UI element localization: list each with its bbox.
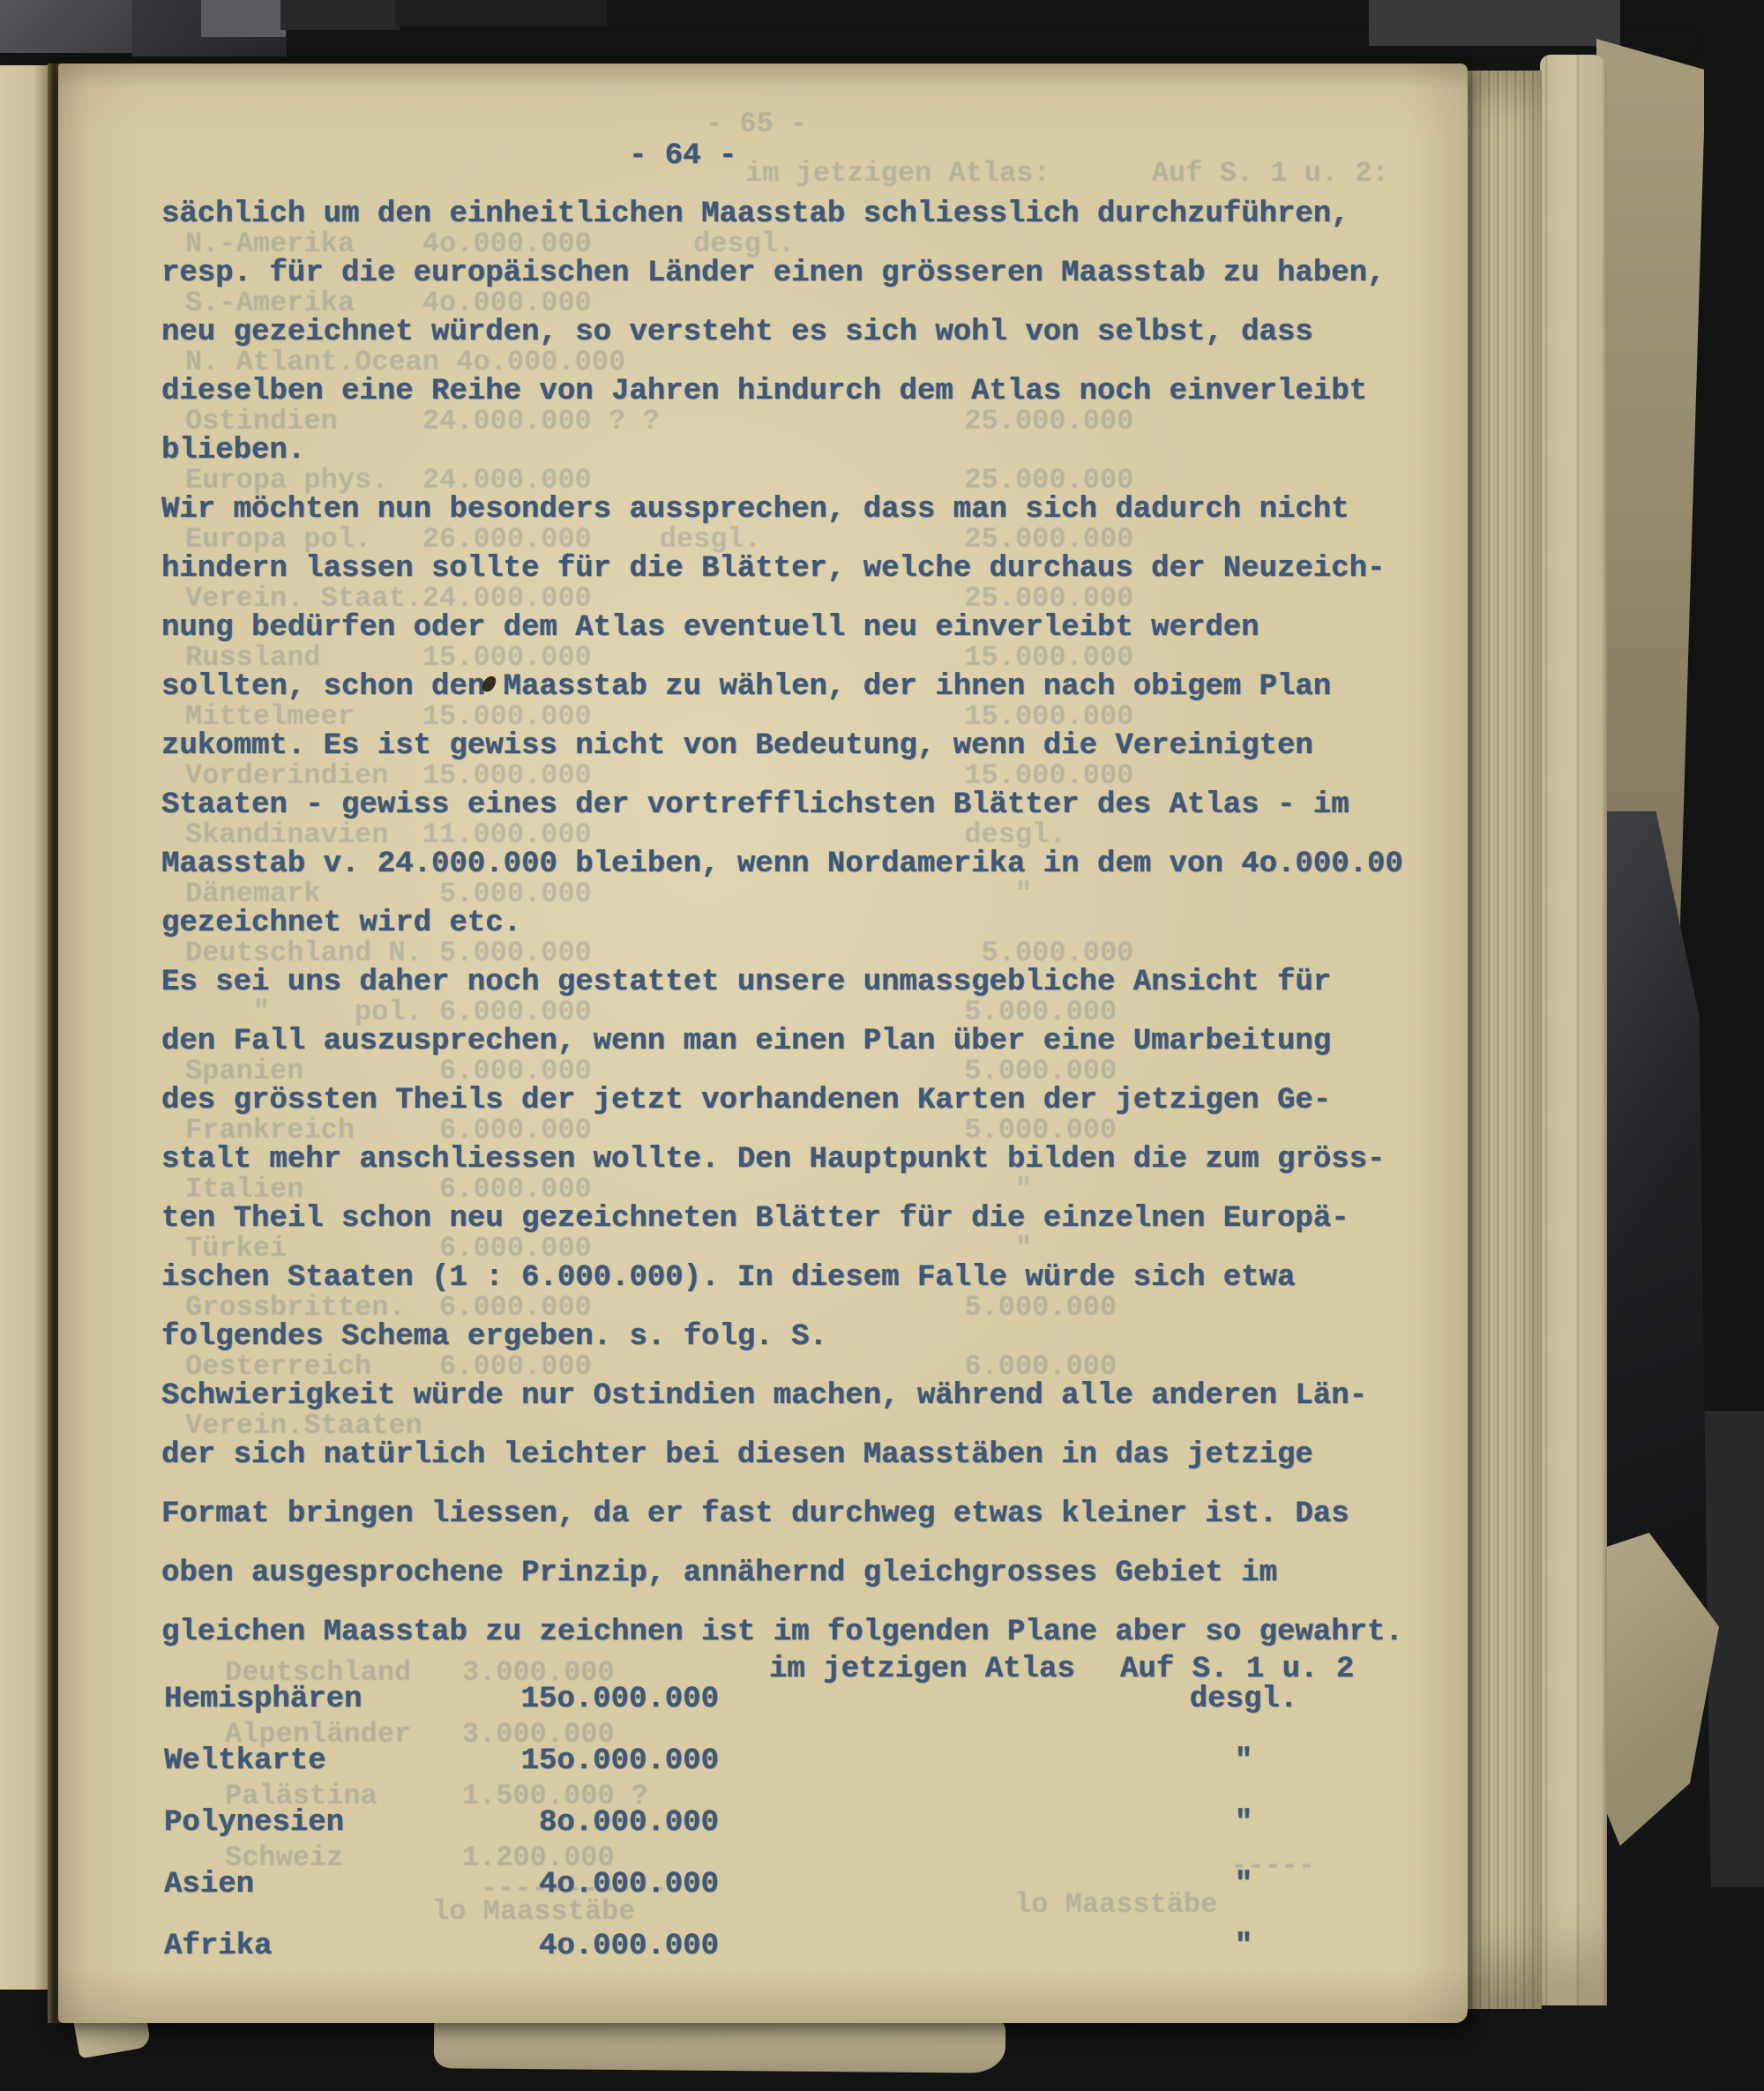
typewritten-line: Schwierigkeit würde nur Ostindien machen… (161, 1367, 1428, 1426)
clamp-block (201, 0, 286, 37)
row-ref: " (1164, 1806, 1323, 1840)
typewritten-line: sollten, schon den Maasstab zu wählen, d… (161, 658, 1428, 717)
row-scale: 4o.000.000 (318, 1868, 719, 1901)
document-page: - 65 - im jetzigen Atlas: Auf S. 1 u. 2:… (58, 63, 1468, 2023)
clamp-block (280, 0, 400, 30)
typewritten-line: zukommt. Es ist gewiss nicht von Bedeutu… (161, 717, 1428, 776)
typewritten-line: neu gezeichnet würden, so versteht es si… (161, 303, 1428, 362)
typewritten-line: ischen Staaten (1 : 6.000.000). In diese… (161, 1249, 1428, 1308)
clamp-block (0, 0, 139, 53)
typewritten-line: sächlich um den einheitlichen Maasstab s… (161, 185, 1428, 244)
typewritten-line: oben ausgesprochene Prinzip, annähernd g… (161, 1544, 1428, 1603)
table-header-atlas: im jetzigen Atlas (769, 1653, 1075, 1686)
typewritten-line: hindern lassen sollte für die Blätter, w… (161, 540, 1428, 599)
row-name: Afrika (164, 1930, 272, 1963)
typewritten-line: den Fall auszusprechen, wenn man einen P… (161, 1012, 1428, 1072)
ghost-text-line: - 65 - (706, 106, 807, 143)
typewritten-line: stalt mehr anschliessen wollte. Den Haup… (161, 1131, 1428, 1190)
page-number: - 64 - (629, 139, 736, 173)
typewritten-line: Es sei uns daher noch gestattet unsere u… (161, 953, 1428, 1012)
table-row: Weltkarte 15o.000.000 " (58, 1744, 1468, 1787)
table-header-ref: Auf S. 1 u. 2 (1120, 1653, 1354, 1686)
typewritten-line: dieselben eine Reihe von Jahren hindurch… (161, 362, 1428, 422)
row-name: Asien (164, 1868, 254, 1901)
typewritten-line: ten Theil schon neu gezeichneten Blätter… (161, 1190, 1428, 1249)
typewritten-line: blieben. (161, 422, 1428, 481)
row-scale: 4o.000.000 (318, 1930, 719, 1963)
typewritten-line: folgendes Schema ergeben. s. folg. S. (161, 1308, 1428, 1367)
table-row: Asien 4o.000.000 " (58, 1868, 1468, 1910)
row-name: Weltkarte (164, 1744, 326, 1778)
typewritten-line: des grössten Theils der jetzt vorhandene… (161, 1072, 1428, 1131)
previous-page-edge (0, 65, 51, 1990)
row-scale: 15o.000.000 (318, 1683, 719, 1716)
table-row: Afrika 4o.000.000 " (58, 1930, 1468, 1972)
clamp-block (1369, 0, 1620, 46)
typewritten-line: Wir möchten nun besonders aussprechen, d… (161, 481, 1428, 540)
archival-book-scan: - 65 - im jetzigen Atlas: Auf S. 1 u. 2:… (0, 0, 1764, 2091)
row-scale: 15o.000.000 (318, 1744, 719, 1778)
typewritten-text-block: sächlich um den einheitlichen Maasstab s… (161, 185, 1428, 1662)
typewritten-line: gezeichnet wird etc. (161, 894, 1428, 953)
typewritten-line: Format bringen liessen, da er fast durch… (161, 1485, 1428, 1544)
typewritten-line: Staaten - gewiss eines der vortrefflichs… (161, 776, 1428, 835)
page-stack-fore-edge (1468, 71, 1542, 2009)
typewritten-line: resp. für die europäischen Länder einen … (161, 244, 1428, 303)
clamp-block (395, 0, 607, 26)
row-ref: " (1164, 1930, 1323, 1963)
row-ref: " (1164, 1744, 1323, 1778)
typewritten-line: Maasstab v. 24.000.000 bleiben, wenn Nor… (161, 835, 1428, 894)
row-ref: " (1164, 1868, 1323, 1901)
row-ref: desgl. (1164, 1683, 1323, 1716)
row-scale: 8o.000.000 (318, 1806, 719, 1840)
underlying-sheet-edge (1540, 55, 1607, 2005)
table-row: Hemisphären 15o.000.000 desgl. (58, 1683, 1468, 1725)
typewritten-line: der sich natürlich leichter bei diesen M… (161, 1426, 1428, 1485)
typewritten-line: nung bedürfen oder dem Atlas eventuell n… (161, 599, 1428, 658)
table-row: Polynesien 8o.000.000 " (58, 1806, 1468, 1848)
